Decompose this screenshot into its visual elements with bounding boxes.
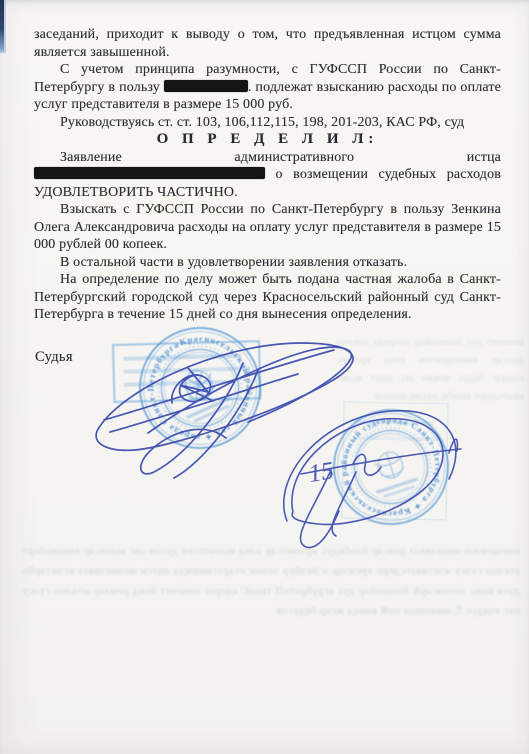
bleedthrough-text-bottom: инещемзов яинелвяаз дохсар йонбедус ирто…: [22, 541, 520, 706]
document-body: заседаний, приходит к выводу о том, что …: [34, 26, 501, 324]
redaction-bar: [34, 167, 265, 179]
rectangular-stamp: [113, 341, 260, 402]
paragraph-text: заседаний, приходит к выводу о том, что …: [34, 27, 501, 60]
paragraph: Взыскать с ГУФССП России по Санкт-Петерб…: [34, 201, 501, 254]
scan-edge-artifact-glow: [4, 0, 6, 53]
paragraph: заседаний, приходит к выводу о том, что …: [34, 26, 501, 61]
svg-text:Красносельский районный суд ✦: Красносельский районный суд ✦ города Сан…: [128, 316, 272, 460]
paragraph-text: Взыскать с ГУФССП России по Санкт-Петерб…: [34, 202, 501, 252]
paragraph-text: В остальной части в удовлетворении заявл…: [60, 255, 407, 270]
scanned-court-document-page: яинечет дус йыннойар огородс ателпо дохс…: [0, 0, 529, 754]
judge-label: Судья: [35, 349, 73, 366]
paragraph: Руководствуясь ст. ст. 103, 106,112,115,…: [34, 114, 501, 132]
handwritten-date: 15: [307, 457, 336, 488]
resolution-heading: О П Р Е Д Е Л И Л:: [34, 131, 501, 149]
round-court-seal-1: Красносельский районный суд ✦ города Сан…: [121, 309, 279, 467]
faint-rectangular-stamp: [342, 402, 448, 520]
paragraph: В остальной части в удовлетворении заявл…: [34, 254, 501, 272]
round-court-seal-2: города Санкт-Петербурга ✦ Красносельский…: [319, 395, 463, 539]
seal1-ring-text: Красносельский районный суд ✦ города Сан…: [128, 316, 272, 460]
paragraph-text: На определение по делу может быть подана…: [34, 272, 501, 322]
svg-text:города Санкт-Петербурга ✦ Крас: города Санкт-Петербурга ✦ Красносельский…: [326, 402, 456, 532]
judge-signature-2: 15: [284, 411, 461, 548]
paragraph-text: Руководствуясь ст. ст. 103, 106,112,115,…: [60, 115, 464, 130]
paragraph: Заявление административного истца о возм…: [34, 149, 501, 202]
redaction-bar: [164, 80, 248, 92]
paragraph-text: Заявление административного истца: [60, 150, 501, 165]
bleedthrough-text-right: яинечет дус йыннойар огородс ателпо дохс…: [336, 334, 524, 539]
paragraph: На определение по делу может быть подана…: [34, 271, 501, 324]
seal2-ring-text: города Санкт-Петербурга ✦ Красносельский…: [326, 402, 456, 532]
paragraph: С учетом принципа разумности, с ГУФССП Р…: [34, 61, 501, 114]
judge-signature-1: [96, 343, 353, 478]
